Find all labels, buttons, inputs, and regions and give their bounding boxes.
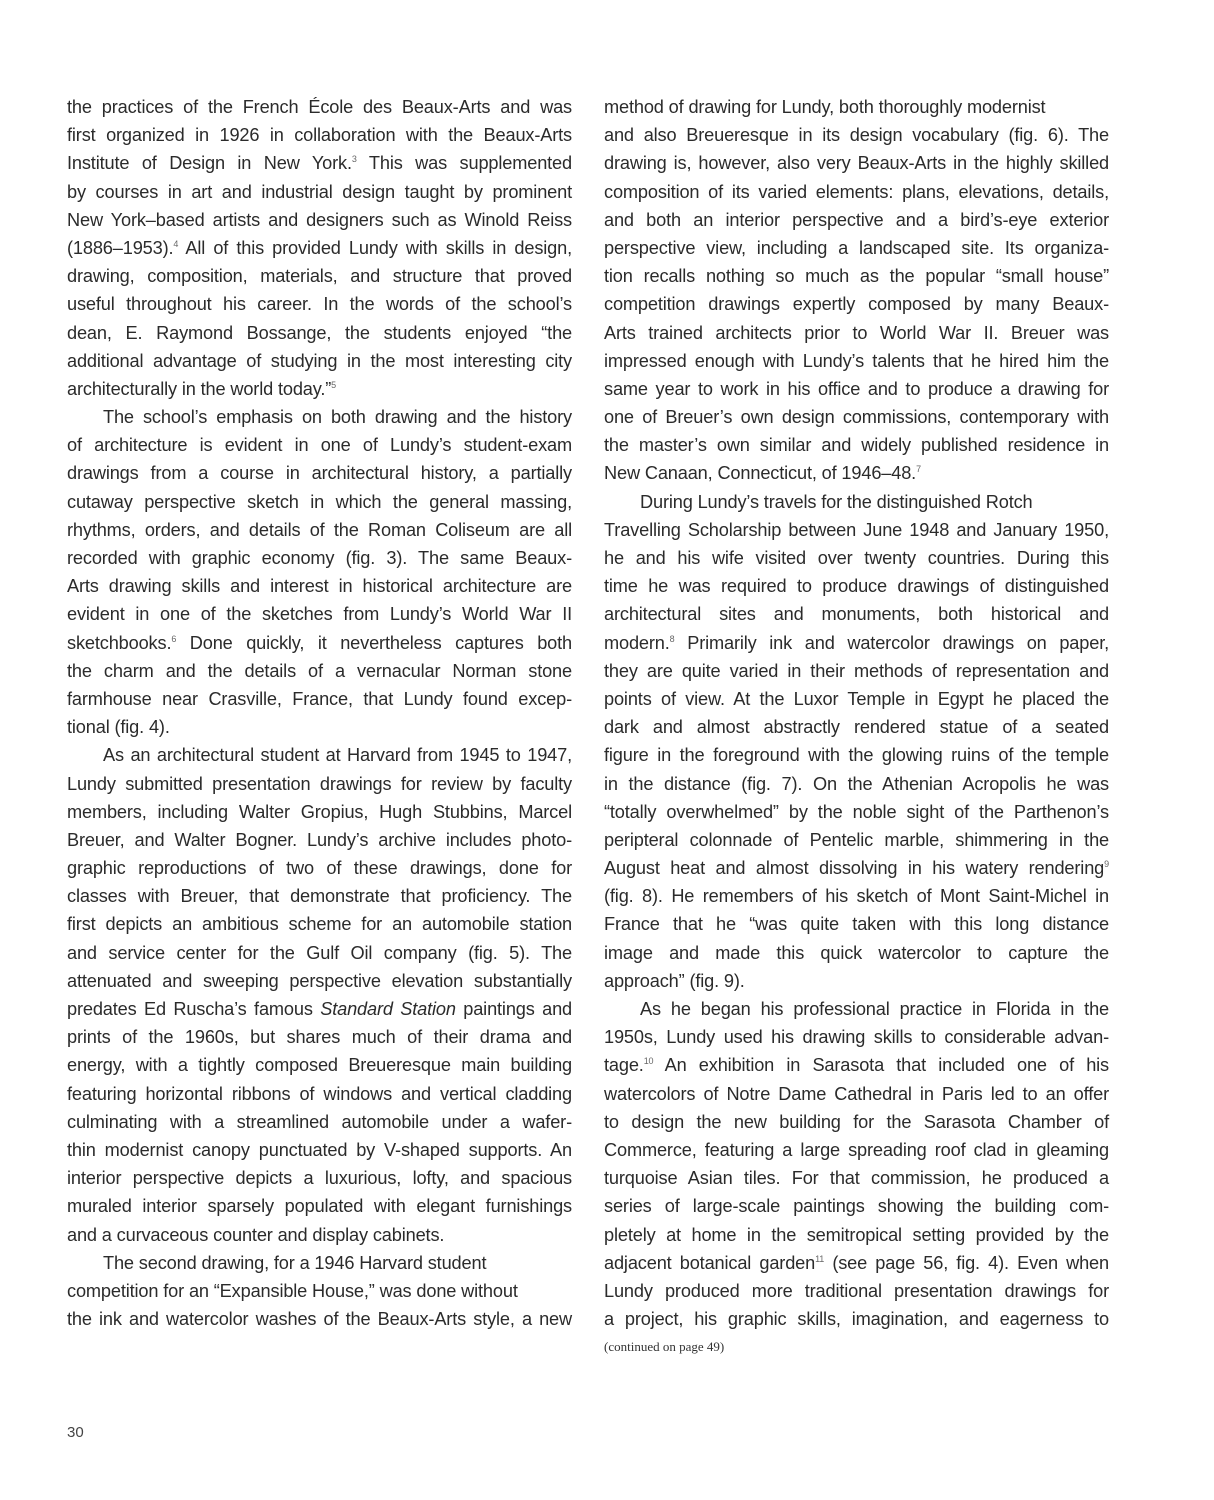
text-line: and a curvaceous counter and display cab… bbox=[67, 1221, 572, 1249]
text-line: series of large-scale paintings showing … bbox=[604, 1192, 1109, 1220]
text-line: energy, with a tightly composed Breueres… bbox=[67, 1051, 572, 1079]
text-line: sketchbooks.6 Done quickly, it neverthel… bbox=[67, 629, 572, 657]
text-line: composition of its varied elements: plan… bbox=[604, 178, 1109, 206]
text-line: time he was required to produce drawings… bbox=[604, 572, 1109, 600]
text-line: August heat and almost dissolving in his… bbox=[604, 854, 1109, 882]
text-line: members, including Walter Gropius, Hugh … bbox=[67, 798, 572, 826]
text-line: tage.10 An exhibition in Sarasota that i… bbox=[604, 1051, 1109, 1079]
text-line: farmhouse near Crasville, France, that L… bbox=[67, 685, 572, 713]
text-line: The school’s emphasis on both drawing an… bbox=[67, 403, 572, 431]
text-line: architectural sites and monuments, both … bbox=[604, 600, 1109, 628]
text-line: the ink and watercolor washes of the Bea… bbox=[67, 1305, 572, 1333]
document-page: the practices of the French École des Be… bbox=[0, 0, 1214, 1500]
text-line: France that he “was quite taken with thi… bbox=[604, 910, 1109, 938]
text-line: Commerce, featuring a large spreading ro… bbox=[604, 1136, 1109, 1164]
text-line: evident in one of the sketches from Lund… bbox=[67, 600, 572, 628]
footnote-reference: 5 bbox=[331, 380, 336, 390]
text-line: in the distance (fig. 7). On the Athenia… bbox=[604, 770, 1109, 798]
text-line: As he began his professional practice in… bbox=[604, 995, 1109, 1023]
text-line: figure in the foreground with the glowin… bbox=[604, 741, 1109, 769]
text-line: he and his wife visited over twenty coun… bbox=[604, 544, 1109, 572]
text-line: additional advantage of studying in the … bbox=[67, 347, 572, 375]
text-line: the practices of the French École des Be… bbox=[67, 93, 572, 121]
text-line: peripteral colonnade of Pentelic marble,… bbox=[604, 826, 1109, 854]
text-line: and also Breueresque in its design vocab… bbox=[604, 121, 1109, 149]
text-line: and both an interior perspective and a b… bbox=[604, 206, 1109, 234]
page-number: 30 bbox=[67, 1424, 84, 1441]
text-line: Breuer, and Walter Bogner. Lundy’s archi… bbox=[67, 826, 572, 854]
text-line: As an architectural student at Harvard f… bbox=[67, 741, 572, 769]
text-line: turquoise Asian tiles. For that commissi… bbox=[604, 1164, 1109, 1192]
text-line: featuring horizontal ribbons of windows … bbox=[67, 1080, 572, 1108]
text-line: same year to work in his office and to p… bbox=[604, 375, 1109, 403]
text-line: competition drawings expertly composed b… bbox=[604, 290, 1109, 318]
text-line: classes with Breuer, that demonstrate th… bbox=[67, 882, 572, 910]
text-line: Institute of Design in New York.3 This w… bbox=[67, 149, 572, 177]
text-line: useful throughout his career. In the wor… bbox=[67, 290, 572, 318]
text-line: adjacent botanical garden11 (see page 56… bbox=[604, 1249, 1109, 1277]
text-line: by courses in art and industrial design … bbox=[67, 178, 572, 206]
text-line: competition for an “Expansible House,” w… bbox=[67, 1277, 572, 1305]
italic-title: Standard Station bbox=[320, 999, 456, 1019]
text-line: dean, E. Raymond Bossange, the students … bbox=[67, 319, 572, 347]
text-line: modern.8 Primarily ink and watercolor dr… bbox=[604, 629, 1109, 657]
text-line: attenuated and sweeping perspective elev… bbox=[67, 967, 572, 995]
text-line: 1950s, Lundy used his drawing skills to … bbox=[604, 1023, 1109, 1051]
text-line: predates Ed Ruscha’s famous Standard Sta… bbox=[67, 995, 572, 1023]
text-line: muraled interior sparsely populated with… bbox=[67, 1192, 572, 1220]
text-line: the charm and the details of a vernacula… bbox=[67, 657, 572, 685]
text-line: (1886–1953).4 All of this provided Lundy… bbox=[67, 234, 572, 262]
text-line: Travelling Scholarship between June 1948… bbox=[604, 516, 1109, 544]
text-line: drawing, composition, materials, and str… bbox=[67, 262, 572, 290]
text-line: approach” (fig. 9). bbox=[604, 967, 1109, 995]
text-line: rhythms, orders, and details of the Roma… bbox=[67, 516, 572, 544]
text-line: (fig. 8). He remembers of his sketch of … bbox=[604, 882, 1109, 910]
text-line: to design the new building for the Saras… bbox=[604, 1108, 1109, 1136]
text-line: culminating with a streamlined automobil… bbox=[67, 1108, 572, 1136]
footnote-reference: 9 bbox=[1104, 859, 1109, 869]
text-line: During Lundy’s travels for the distingui… bbox=[604, 488, 1109, 516]
text-line: method of drawing for Lundy, both thorou… bbox=[604, 93, 1109, 121]
text-line: the master’s own similar and widely publ… bbox=[604, 431, 1109, 459]
text-line: interior perspective depicts a luxurious… bbox=[67, 1164, 572, 1192]
text-line: The second drawing, for a 1946 Harvard s… bbox=[67, 1249, 572, 1277]
text-line: drawings from a course in architectural … bbox=[67, 459, 572, 487]
text-line: recorded with graphic economy (fig. 3). … bbox=[67, 544, 572, 572]
footnote-reference: 10 bbox=[644, 1056, 654, 1066]
text-line: cutaway perspective sketch in which the … bbox=[67, 488, 572, 516]
continued-note: (continued on page 49) bbox=[604, 1337, 1109, 1357]
text-line: New Canaan, Connecticut, of 1946–48.7 bbox=[604, 459, 1109, 487]
text-line: watercolors of Notre Dame Cathedral in P… bbox=[604, 1080, 1109, 1108]
footnote-reference: 11 bbox=[815, 1254, 824, 1264]
text-line: impressed enough with Lundy’s talents th… bbox=[604, 347, 1109, 375]
text-line: one of Breuer’s own design commissions, … bbox=[604, 403, 1109, 431]
text-line: of architecture is evident in one of Lun… bbox=[67, 431, 572, 459]
text-line: first depicts an ambitious scheme for an… bbox=[67, 910, 572, 938]
text-line: image and made this quick watercolor to … bbox=[604, 939, 1109, 967]
text-line: thin modernist canopy punctuated by V-sh… bbox=[67, 1136, 572, 1164]
text-line: tional (fig. 4). bbox=[67, 713, 572, 741]
left-text-column: the practices of the French École des Be… bbox=[67, 93, 572, 1333]
text-line: points of view. At the Luxor Temple in E… bbox=[604, 685, 1109, 713]
text-line: pletely at home in the semitropical sett… bbox=[604, 1221, 1109, 1249]
right-text-column: method of drawing for Lundy, both thorou… bbox=[604, 93, 1109, 1357]
text-line: drawing is, however, also very Beaux-Art… bbox=[604, 149, 1109, 177]
footnote-reference: 7 bbox=[916, 464, 921, 474]
text-line: New York–based artists and designers suc… bbox=[67, 206, 572, 234]
text-line: and service center for the Gulf Oil comp… bbox=[67, 939, 572, 967]
text-line: they are quite varied in their methods o… bbox=[604, 657, 1109, 685]
text-line: Arts drawing skills and interest in hist… bbox=[67, 572, 572, 600]
text-line: architecturally in the world today.”5 bbox=[67, 375, 572, 403]
text-line: first organized in 1926 in collaboration… bbox=[67, 121, 572, 149]
text-line: Arts trained architects prior to World W… bbox=[604, 319, 1109, 347]
text-line: Lundy submitted presentation drawings fo… bbox=[67, 770, 572, 798]
text-line: prints of the 1960s, but shares much of … bbox=[67, 1023, 572, 1051]
text-line: perspective view, including a landscaped… bbox=[604, 234, 1109, 262]
text-line: “totally overwhelmed” by the noble sight… bbox=[604, 798, 1109, 826]
text-line: a project, his graphic skills, imaginati… bbox=[604, 1305, 1109, 1333]
text-line: graphic reproductions of two of these dr… bbox=[67, 854, 572, 882]
text-line: dark and almost abstractly rendered stat… bbox=[604, 713, 1109, 741]
text-line: tion recalls nothing so much as the popu… bbox=[604, 262, 1109, 290]
text-line: Lundy produced more traditional presenta… bbox=[604, 1277, 1109, 1305]
